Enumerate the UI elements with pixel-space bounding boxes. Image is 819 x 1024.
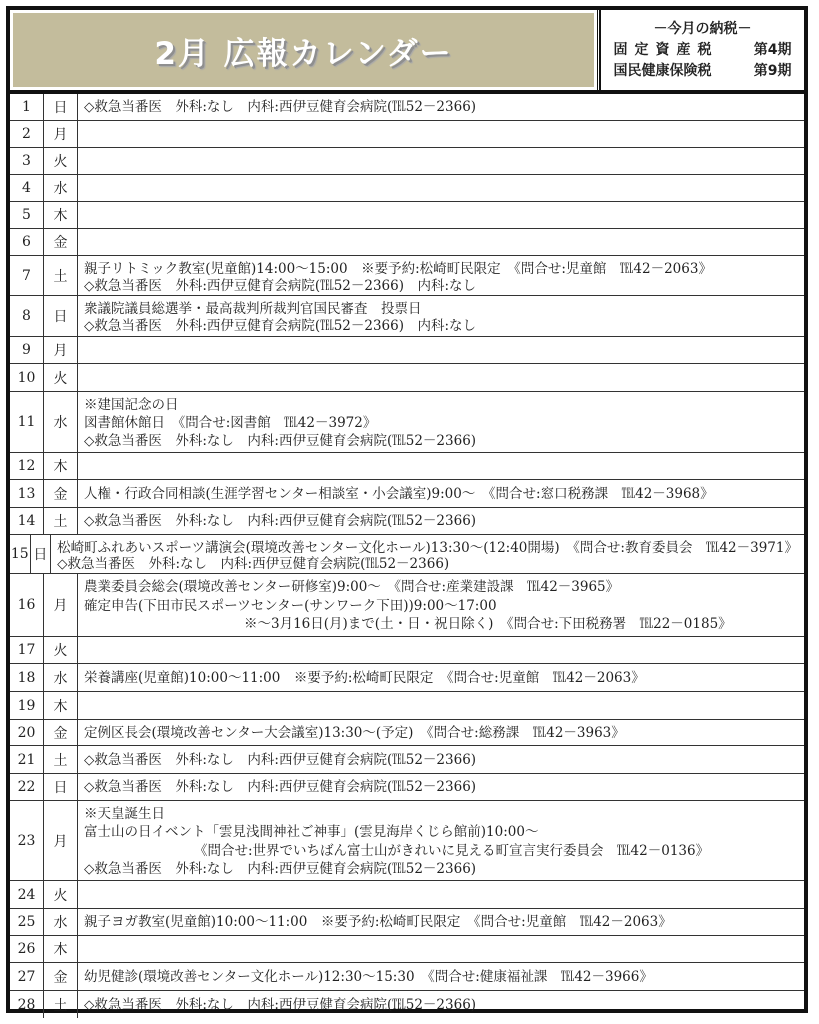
event-cell: 定例区長会(環境改善センター大会議室)13:30～(予定) 《問合せ:総務課 ℡… [78,720,804,745]
event-cell: 農業委員会総会(環境改善センター研修室)9:00～ 《問合せ:産業建設課 ℡42… [78,574,804,636]
weekday: 水 [44,909,78,935]
event-line: 栄養講座(児童館)10:00～11:00 ※要予約:松崎町民限定 《問合せ:児童… [84,668,798,688]
calendar-row: 19木 [10,692,804,720]
event-cell [78,148,804,174]
event-cell [78,692,804,719]
day-number: 1 [10,94,44,120]
day-number: 22 [10,774,44,800]
event-line: ◇救急当番医 外科:なし 内科:西伊豆健育会病院(℡52－2366) [84,511,798,531]
event-cell [78,936,804,962]
event-line: 親子ヨガ教室(児童館)10:00～11:00 ※要予約:松崎町民限定 《問合せ:… [84,912,798,932]
title-box: 2月 広報カレンダー [10,10,600,90]
calendar-row: 17火 [10,637,804,664]
event-cell: ◇救急当番医 外科:なし 内科:西伊豆健育会病院(℡52－2366) [78,991,804,1018]
event-cell [78,337,804,363]
calendar-row: 6金 [10,229,804,256]
event-line: 農業委員会総会(環境改善センター研修室)9:00～ 《問合せ:産業建設課 ℡42… [84,577,798,596]
event-line: 人権・行政合同相談(生涯学習センター相談室・小会議室)9:00～ 《問合せ:窓口… [84,484,798,504]
day-number: 12 [10,453,44,479]
tax-item-period: 第4期 [754,40,792,61]
tax-item-name: 国民健康保険税 [614,61,712,82]
weekday: 金 [44,480,78,507]
weekday: 日 [44,774,78,800]
event-line: ◇救急当番医 外科:西伊豆健育会病院(℡52－2366) 内科:なし [84,316,798,333]
calendar-row: 21土◇救急当番医 外科:なし 内科:西伊豆健育会病院(℡52－2366) [10,746,804,774]
calendar-header: 2月 広報カレンダー －今月の納税－ 固定資産税 第4期 国民健康保険税 第9期 [10,10,804,94]
event-line: 《問合せ:世界でいちばん富士山がきれいに見える町宣言実行委員会 ℡42－0136… [84,841,798,859]
calendar-row: 12木 [10,453,804,480]
calendar-row: 2月 [10,121,804,148]
day-number: 24 [10,881,44,908]
calendar-row: 28土◇救急当番医 外科:なし 内科:西伊豆健育会病院(℡52－2366) [10,991,804,1018]
tax-item-name: 固定資産税 [614,40,719,61]
monthly-tax-box: －今月の納税－ 固定資産税 第4期 国民健康保険税 第9期 [600,10,804,90]
event-cell [78,121,804,147]
weekday: 水 [44,664,78,691]
calendar-row: 10火 [10,364,804,392]
day-number: 5 [10,202,44,228]
day-number: 15 [10,535,31,573]
calendar-row: 22日◇救急当番医 外科:なし 内科:西伊豆健育会病院(℡52－2366) [10,774,804,801]
event-line: 親子リトミック教室(児童館)14:00～15:00 ※要予約:松崎町民限定 《問… [84,259,798,276]
day-number: 17 [10,637,44,663]
weekday: 日 [31,535,52,573]
tax-item: 国民健康保険税 第9期 [614,61,792,82]
weekday: 月 [44,337,78,363]
event-line: 定例区長会(環境改善センター大会議室)13:30～(予定) 《問合せ:総務課 ℡… [84,723,798,742]
day-number: 4 [10,175,44,201]
event-cell: ※建国記念の日図書館休館日 《問合せ:図書館 ℡42－3972》◇救急当番医 外… [78,392,804,452]
calendar-row: 11水※建国記念の日図書館休館日 《問合せ:図書館 ℡42－3972》◇救急当番… [10,392,804,453]
weekday: 火 [44,148,78,174]
calendar-row: 26木 [10,936,804,963]
day-number: 19 [10,692,44,719]
day-number: 21 [10,746,44,773]
calendar-row: 24火 [10,881,804,909]
weekday: 金 [44,229,78,255]
page-title: 2月 広報カレンダー [154,28,452,73]
event-line: ◇救急当番医 外科:なし 内科:西伊豆健育会病院(℡52－2366) [57,554,798,570]
calendar-row: 4水 [10,175,804,202]
weekday: 金 [44,720,78,745]
event-line: 松崎町ふれあいスポーツ講演会(環境改善センター文化ホール)13:30～(12:4… [57,538,798,554]
event-cell: ◇救急当番医 外科:なし 内科:西伊豆健育会病院(℡52－2366) [78,508,804,534]
day-number: 7 [10,256,44,295]
event-line: ◇救急当番医 外科:なし 内科:西伊豆健育会病院(℡52－2366) [84,995,798,1015]
event-cell: ※天皇誕生日富士山の日イベント「雲見浅間神社ご神事」(雲見海岸くじら館前)10:… [78,801,804,880]
weekday: 木 [44,936,78,962]
day-number: 23 [10,801,44,880]
calendar-row: 9月 [10,337,804,364]
weekday: 水 [44,175,78,201]
day-number: 18 [10,664,44,691]
day-number: 9 [10,337,44,363]
event-line: 確定申告(下田市民スポーツセンター(サンワーク下田))9:00～17:00 [84,596,798,615]
event-cell: 人権・行政合同相談(生涯学習センター相談室・小会議室)9:00～ 《問合せ:窓口… [78,480,804,507]
day-number: 26 [10,936,44,962]
calendar-row: 15日松崎町ふれあいスポーツ講演会(環境改善センター文化ホール)13:30～(1… [10,535,804,574]
weekday: 火 [44,637,78,663]
day-number: 28 [10,991,44,1018]
event-cell [78,364,804,391]
tax-heading: －今月の納税－ [654,19,752,40]
event-cell: 親子リトミック教室(児童館)14:00～15:00 ※要予約:松崎町民限定 《問… [78,256,804,295]
event-line: ◇救急当番医 外科:なし 内科:西伊豆健育会病院(℡52－2366) [84,859,798,877]
event-line: 図書館休館日 《問合せ:図書館 ℡42－3972》 [84,413,798,431]
day-number: 3 [10,148,44,174]
weekday: 土 [44,991,78,1018]
event-cell: 親子ヨガ教室(児童館)10:00～11:00 ※要予約:松崎町民限定 《問合せ:… [78,909,804,935]
event-line: 衆議院議員総選挙・最高裁判所裁判官国民審査 投票日 [84,299,798,316]
weekday: 火 [44,881,78,908]
day-number: 25 [10,909,44,935]
event-line: ◇救急当番医 外科:なし 内科:西伊豆健育会病院(℡52－2366) [84,431,798,449]
event-line: 幼児健診(環境改善センター文化ホール)12:30～15:30 《問合せ:健康福祉… [84,967,798,987]
day-number: 11 [10,392,44,452]
calendar-row: 13金人権・行政合同相談(生涯学習センター相談室・小会議室)9:00～ 《問合せ… [10,480,804,508]
calendar-row: 25水親子ヨガ教室(児童館)10:00～11:00 ※要予約:松崎町民限定 《問… [10,909,804,936]
calendar-row: 1日◇救急当番医 外科:なし 内科:西伊豆健育会病院(℡52－2366) [10,94,804,121]
calendar-table: 1日◇救急当番医 外科:なし 内科:西伊豆健育会病院(℡52－2366)2月3火… [10,94,804,1018]
weekday: 木 [44,453,78,479]
event-cell: ◇救急当番医 外科:なし 内科:西伊豆健育会病院(℡52－2366) [78,774,804,800]
weekday: 日 [44,296,78,336]
weekday: 火 [44,364,78,391]
calendar-row: 23月※天皇誕生日富士山の日イベント「雲見浅間神社ご神事」(雲見海岸くじら館前)… [10,801,804,881]
weekday: 月 [44,801,78,880]
event-line: ※建国記念の日 [84,395,798,413]
event-line: ◇救急当番医 外科:なし 内科:西伊豆健育会病院(℡52－2366) [84,750,798,770]
event-line: ※～3月16日(月)まで(土・日・祝日除く) 《問合せ:下田税務署 ℡22－01… [84,614,798,633]
day-number: 20 [10,720,44,745]
calendar-row: 3火 [10,148,804,175]
calendar-row: 18水栄養講座(児童館)10:00～11:00 ※要予約:松崎町民限定 《問合せ… [10,664,804,692]
event-cell: 松崎町ふれあいスポーツ講演会(環境改善センター文化ホール)13:30～(12:4… [51,535,804,573]
event-cell [78,453,804,479]
calendar-row: 20金定例区長会(環境改善センター大会議室)13:30～(予定) 《問合せ:総務… [10,720,804,746]
day-number: 13 [10,480,44,507]
weekday: 日 [44,94,78,120]
event-cell: 幼児健診(環境改善センター文化ホール)12:30～15:30 《問合せ:健康福祉… [78,963,804,990]
calendar-row: 7土親子リトミック教室(児童館)14:00～15:00 ※要予約:松崎町民限定 … [10,256,804,296]
event-cell: 衆議院議員総選挙・最高裁判所裁判官国民審査 投票日◇救急当番医 外科:西伊豆健育… [78,296,804,336]
calendar-row: 27金幼児健診(環境改善センター文化ホール)12:30～15:30 《問合せ:健… [10,963,804,991]
calendar-row: 14土◇救急当番医 外科:なし 内科:西伊豆健育会病院(℡52－2366) [10,508,804,535]
tax-item: 固定資産税 第4期 [614,40,792,61]
day-number: 6 [10,229,44,255]
weekday: 土 [44,256,78,295]
event-cell [78,637,804,663]
event-line: ◇救急当番医 外科:なし 内科:西伊豆健育会病院(℡52－2366) [84,97,798,117]
calendar-row: 5木 [10,202,804,229]
event-line: 富士山の日イベント「雲見浅間神社ご神事」(雲見海岸くじら館前)10:00～ [84,822,798,840]
weekday: 月 [44,574,78,636]
weekday: 金 [44,963,78,990]
calendar-frame: 2月 広報カレンダー －今月の納税－ 固定資産税 第4期 国民健康保険税 第9期… [6,6,808,1013]
event-cell: ◇救急当番医 外科:なし 内科:西伊豆健育会病院(℡52－2366) [78,746,804,773]
day-number: 14 [10,508,44,534]
event-line: ◇救急当番医 外科:なし 内科:西伊豆健育会病院(℡52－2366) [84,777,798,797]
weekday: 月 [44,121,78,147]
weekday: 木 [44,692,78,719]
event-cell [78,202,804,228]
day-number: 8 [10,296,44,336]
event-cell [78,229,804,255]
day-number: 27 [10,963,44,990]
day-number: 2 [10,121,44,147]
title-banner: 2月 広報カレンダー [13,13,594,87]
event-cell [78,175,804,201]
weekday: 木 [44,202,78,228]
weekday: 土 [44,508,78,534]
day-number: 10 [10,364,44,391]
tax-item-period: 第9期 [754,61,792,82]
event-line: ◇救急当番医 外科:西伊豆健育会病院(℡52－2366) 内科:なし [84,276,798,293]
calendar-row: 8日衆議院議員総選挙・最高裁判所裁判官国民審査 投票日◇救急当番医 外科:西伊豆… [10,296,804,337]
calendar-row: 16月農業委員会総会(環境改善センター研修室)9:00～ 《問合せ:産業建設課 … [10,574,804,637]
event-line: ※天皇誕生日 [84,804,798,822]
event-cell [78,881,804,908]
event-cell: 栄養講座(児童館)10:00～11:00 ※要予約:松崎町民限定 《問合せ:児童… [78,664,804,691]
weekday: 水 [44,392,78,452]
weekday: 土 [44,746,78,773]
event-cell: ◇救急当番医 外科:なし 内科:西伊豆健育会病院(℡52－2366) [78,94,804,120]
day-number: 16 [10,574,44,636]
